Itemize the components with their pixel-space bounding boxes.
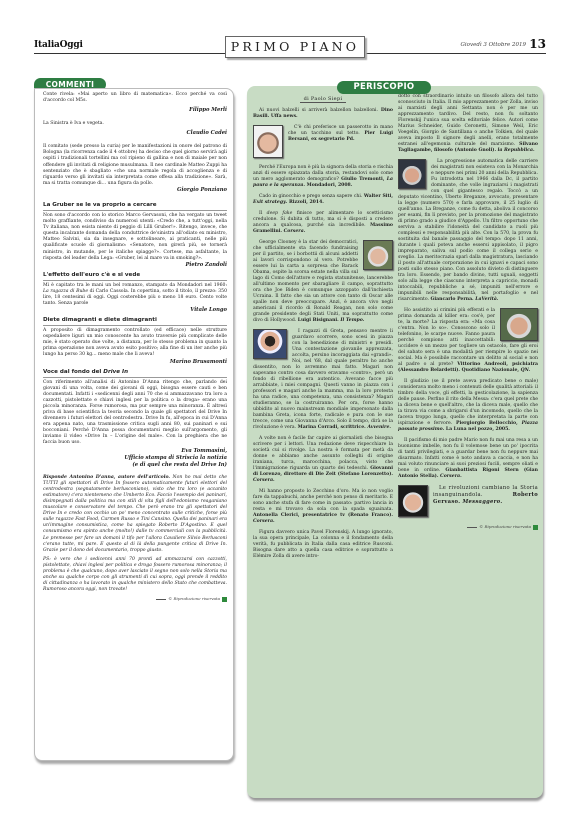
comment-author: Filippo Merli xyxy=(43,107,227,114)
reply-postscript: PS: è vero che i sedicenni anni 70 pront… xyxy=(43,557,227,594)
quote-item: George Clooney è la star dei democratici… xyxy=(253,240,393,324)
quote-item: Mi hanno proposto lo Zecchino d'oro. Ma … xyxy=(253,489,393,525)
letter-author: Vitale Longo xyxy=(43,307,227,314)
issue-date: Giovedì 3 Ottobre 2019 xyxy=(457,42,527,48)
corradi-photo xyxy=(253,329,287,359)
andreoli-photo xyxy=(500,308,538,341)
letter-title: La Gruber se le va proprio a cercare xyxy=(43,201,227,211)
comment-text: La Sinistra è Iva e vegeta. xyxy=(43,121,227,127)
quote-item: Figura davvero unica Pavel Florenskij. A… xyxy=(253,530,393,560)
letter-author: Eva Tommasini, xyxy=(43,448,227,455)
quote-item: Cado in ginocchio e prego senza sapere c… xyxy=(253,194,393,206)
letter-text: Con riferimento all'analisi di Antonino … xyxy=(43,380,227,447)
quote-item: Perché l'Europa non è più la signora del… xyxy=(253,165,393,189)
letter-author-role: Ufficio stampa di Striscia la notizia xyxy=(43,455,227,462)
letter-author: Marino Brusamonti xyxy=(43,359,227,366)
letter-title: L'effetto dell'euro c'è e si vede xyxy=(43,271,227,281)
letter: La Gruber se le va proprio a cercare Non… xyxy=(43,201,227,269)
letter: L'effetto dell'euro c'è e si vede Mi è c… xyxy=(43,271,227,314)
copyright-notice: © Riproduzione riservata xyxy=(398,524,538,530)
comment-author: Claudio Cadei xyxy=(43,130,227,137)
page-masthead: ItaliaOggi PRIMO PIANO Giovedì 3 Ottobre… xyxy=(34,40,546,60)
letter-text: Non sono d'accordo con lo storico Marco … xyxy=(43,213,227,262)
comment-author: Giorgio Ponziano xyxy=(43,187,227,194)
copyright-notice: © Riproduzione riservata xyxy=(43,596,227,602)
letter-text: A proposito di dimagramento controllato … xyxy=(43,328,227,358)
comment-item: Il comitato (sede presso la curia) per l… xyxy=(43,144,227,194)
periscopio-column-b: dotto con straordinario intuito un filos… xyxy=(398,94,538,530)
clooney-photo xyxy=(363,240,393,270)
comment-item: Conte rivela: «Mai aperto un libro di ma… xyxy=(43,92,227,114)
quote-item: dotto con straordinario intuito un filos… xyxy=(398,94,538,154)
quote-item: Il pacifismo di mio padre Mario non fu m… xyxy=(398,438,538,480)
end-square-icon xyxy=(222,597,227,602)
quote-item: I ragazzi di Greta, pensavo mentre li gu… xyxy=(253,329,393,431)
quote-item: Il giudizio (se il prete aveva predicato… xyxy=(398,379,538,433)
comment-text: Conte rivela: «Mai aperto un libro di ma… xyxy=(43,92,227,104)
periscopio-column-a: di Paolo Siepi Ai nuovi balzelli si arri… xyxy=(253,94,393,565)
letter: Diete dimagranti e diete dimagranti A pr… xyxy=(43,316,227,365)
quote-item: Le rivoluzioni cambiano la Storia insang… xyxy=(398,485,538,519)
perna-photo xyxy=(398,159,426,189)
letter-title: Voce dal fondo del Drive In xyxy=(43,368,227,378)
quote-item: Il deep fake finisce per alimentare lo s… xyxy=(253,211,393,235)
periscopio-panel: di Paolo Siepi Ai nuovi balzelli si arri… xyxy=(247,86,543,798)
page-number: 13 xyxy=(526,37,546,51)
author-reply: Risponde Antonino D'anna, autore dell'ar… xyxy=(43,475,227,554)
periscopio-tab: PERISCOPIO xyxy=(337,81,431,94)
bersani-photo xyxy=(253,125,283,158)
comment-item: La Sinistra è Iva e vegeta. Claudio Cade… xyxy=(43,121,227,137)
newspaper-logo: ItaliaOggi xyxy=(34,40,87,50)
end-square-icon xyxy=(533,525,538,530)
section-title: PRIMO PIANO xyxy=(225,36,365,58)
quote-item: La progressione automatica delle carrier… xyxy=(398,159,538,303)
letter-text: Mi è capitato tra le mani un bel romanzo… xyxy=(43,283,227,307)
byline: di Paolo Siepi xyxy=(253,96,393,102)
quote-item: A volte non è facile far capire ai giorn… xyxy=(253,436,393,484)
gervaso-photo xyxy=(398,485,428,517)
quote-item: C'è chi preferisce un passerotto in mano… xyxy=(253,125,393,160)
quote-item: Ai nuovi balzelli si arriverà balzellon … xyxy=(253,108,393,120)
quote-item: Ho assistito ai crimini più efferati e l… xyxy=(398,308,538,374)
commenti-panel: Conte rivela: «Mai aperto un libro di ma… xyxy=(34,88,234,761)
letter-author-note: (e di quel che resta del Drive In) xyxy=(43,462,227,469)
letter: Voce dal fondo del Drive In Con riferime… xyxy=(43,368,227,469)
letter-author: Pietro Zandoli xyxy=(43,262,227,269)
letter-title: Diete dimagranti e diete dimagranti xyxy=(43,316,227,326)
comment-text: Il comitato (sede presso la curia) per l… xyxy=(43,144,227,187)
